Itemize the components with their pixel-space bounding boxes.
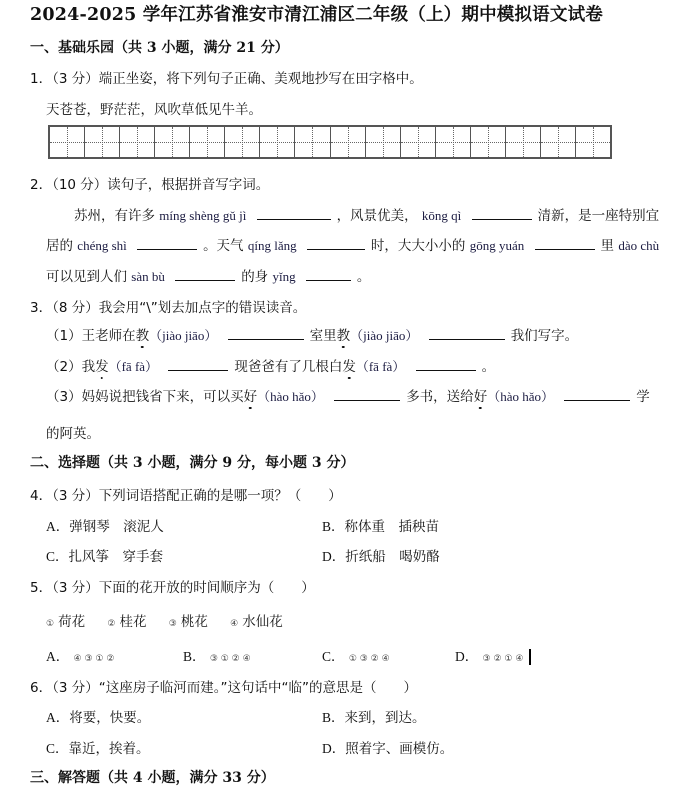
grid-cell[interactable] <box>401 127 436 157</box>
q2-line3: 可以见到人们 sàn bù 的身 yǐng 。 <box>46 265 370 285</box>
option-label: A． <box>46 519 69 534</box>
circled-number: ① <box>46 619 54 629</box>
q6-option-c[interactable]: C．靠近，挨着。 <box>46 737 150 757</box>
flower-name: 桂花 <box>119 614 146 630</box>
section-heading-1: 一、基础乐园（共 3 小题，满分 21 分） <box>30 37 289 57</box>
pinyin: qíng lǎng <box>248 238 297 253</box>
pinyin: dào chù <box>618 238 659 253</box>
q6-stem: 6．（3 分）“这座房子临河而建。”这句话中“临”的意思是（ ） <box>30 676 417 696</box>
option-text: 扎风筝 穿手套 <box>69 549 164 565</box>
q3-stem: 3．（8 分）我会用“\”划去加点字的错误读音。 <box>30 296 306 316</box>
dotted-char: 发 <box>342 359 356 375</box>
q5-option-a[interactable]: A． ④ ③ ① ② <box>46 645 118 665</box>
text: 里 <box>601 238 615 254</box>
q2-stem: 2．（10 分）读句子，根据拼音写字词。 <box>30 173 269 193</box>
dotted-char: 教 <box>337 328 351 344</box>
pinyin-options[interactable]: （hào hǎo） <box>257 389 324 404</box>
grid-cell[interactable] <box>190 127 225 157</box>
option-label: A． <box>46 710 69 725</box>
grid-cell[interactable] <box>225 127 260 157</box>
option-label: B． <box>183 649 206 664</box>
option-sequence: ③ ② ① ④ <box>483 654 524 664</box>
q2-line1: 苏州，有许多 míng shèng gǔ jì ，风景优美， kōng qì 清… <box>74 204 659 224</box>
q6-option-b[interactable]: B．来到，到达。 <box>322 706 426 726</box>
answer-blank[interactable] <box>257 218 331 220</box>
flower-name: 水仙花 <box>242 614 283 630</box>
answer-blank[interactable] <box>137 248 197 250</box>
text: 。天气 <box>203 238 244 254</box>
text: 时，大大小小的 <box>371 238 466 254</box>
pinyin: sàn bù <box>131 269 165 284</box>
text: （2）我 <box>46 359 95 375</box>
q3-item1: （1）王老师在教（jiào jiāo） 室里教（jiào jiāo） 我们写字。 <box>46 324 578 344</box>
q4-option-a[interactable]: A．弹钢琴 滚泥人 <box>46 515 164 535</box>
pinyin-options[interactable]: （fā fà） <box>356 359 405 374</box>
option-label: C． <box>46 741 69 756</box>
option-label: D． <box>455 649 478 664</box>
answer-blank[interactable] <box>564 399 630 401</box>
grid-cell[interactable] <box>50 127 85 157</box>
answer-blank[interactable] <box>535 248 595 250</box>
pinyin-options[interactable]: （jiào jiāo） <box>350 328 418 343</box>
option-text: 照着字、画模仿。 <box>345 741 453 757</box>
answer-blank[interactable] <box>429 338 505 340</box>
circled-number: ② <box>107 619 115 629</box>
text: 可以见到人们 <box>46 269 127 285</box>
pinyin: gōng yuán <box>470 238 525 253</box>
q3-item3: （3）妈妈说把钱省下来，可以买好（hào hǎo） 多书，送给好（hào hǎo… <box>46 385 650 405</box>
flower-name: 桃花 <box>181 614 208 630</box>
option-text: 将要，快要。 <box>69 710 150 726</box>
pinyin-options[interactable]: （hào hǎo） <box>487 389 554 404</box>
pinyin-options[interactable]: （fā fà） <box>109 359 158 374</box>
answer-blank[interactable] <box>334 399 400 401</box>
answer-blank[interactable] <box>228 338 304 340</box>
grid-cell[interactable] <box>155 127 190 157</box>
flower-name: 荷花 <box>58 614 85 630</box>
dotted-char: 发 <box>95 359 109 375</box>
text: 清新，是一座特别宜 <box>538 208 660 224</box>
grid-cell[interactable] <box>471 127 506 157</box>
text: （1）王老师在 <box>46 328 136 344</box>
option-text: 称体重 插秧苗 <box>345 519 440 535</box>
pinyin: míng shèng gǔ jì <box>159 208 246 223</box>
grid-cell[interactable] <box>366 127 401 157</box>
tianzige-grid[interactable] <box>48 125 612 159</box>
page-title: 2024-2025 学年江苏省淮安市清江浦区二年级（上）期中模拟语文试卷 <box>30 1 603 26</box>
pinyin-options[interactable]: （jiào jiāo） <box>149 328 217 343</box>
option-label: D． <box>322 741 345 756</box>
text: 我们写字。 <box>511 328 579 344</box>
text: 室里 <box>310 328 337 344</box>
option-sequence: ① ③ ② ④ <box>349 654 390 664</box>
q4-option-d[interactable]: D．折纸船 喝奶酪 <box>322 545 440 565</box>
q3-item3-cont: 的阿英。 <box>46 422 100 442</box>
grid-cell[interactable] <box>120 127 155 157</box>
option-label: B． <box>322 519 345 534</box>
option-text: 靠近，挨着。 <box>69 741 150 757</box>
option-label: A． <box>46 649 69 664</box>
q4-option-c[interactable]: C．扎风筝 穿手套 <box>46 545 163 565</box>
text: ，风景优美， <box>337 208 418 224</box>
option-sequence: ④ ③ ① ② <box>74 654 115 664</box>
text: 多书，送给 <box>406 389 474 405</box>
section-heading-3: 三、解答题（共 4 小题，满分 33 分） <box>30 767 275 787</box>
section-heading-2: 二、选择题（共 3 小题，满分 9 分，每小题 3 分） <box>30 452 354 472</box>
answer-blank[interactable] <box>472 218 532 220</box>
grid-cell[interactable] <box>331 127 366 157</box>
option-text: 折纸船 喝奶酪 <box>345 549 440 565</box>
q6-option-d[interactable]: D．照着字、画模仿。 <box>322 737 453 757</box>
dotted-char: 好 <box>474 389 488 405</box>
option-text: 弹钢琴 滚泥人 <box>69 519 164 535</box>
answer-blank[interactable] <box>306 279 351 281</box>
option-sequence: ③ ① ② ④ <box>210 654 251 664</box>
dotted-char: 教 <box>136 328 150 344</box>
q5-option-d[interactable]: D． ③ ② ① ④ <box>455 645 531 665</box>
q4-option-b[interactable]: B．称体重 插秧苗 <box>322 515 439 535</box>
grid-cell[interactable] <box>436 127 471 157</box>
grid-cell[interactable] <box>260 127 295 157</box>
grid-cell[interactable] <box>576 127 610 157</box>
grid-cell[interactable] <box>85 127 120 157</box>
text-cursor <box>529 649 531 665</box>
dotted-char: 好 <box>244 389 258 405</box>
pinyin: chéng shì <box>77 238 126 253</box>
q6-option-a[interactable]: A．将要，快要。 <box>46 706 150 726</box>
grid-cell[interactable] <box>541 127 576 157</box>
circled-number: ④ <box>230 619 238 629</box>
q4-stem: 4．（3 分）下列词语搭配正确的是哪一项？（ ） <box>30 484 342 504</box>
option-label: C． <box>322 649 345 664</box>
q2-line2: 居的 chéng shì 。天气 qíng lǎng 时，大大小小的 gōng … <box>46 234 659 254</box>
text: 。 <box>482 359 496 375</box>
text: 现爸爸有了几根白 <box>234 359 342 375</box>
text: （3）妈妈说把钱省下来，可以买 <box>46 389 244 405</box>
text: 居的 <box>46 238 73 254</box>
grid-cell[interactable] <box>506 127 541 157</box>
q5-option-c[interactable]: C． ① ③ ② ④ <box>322 645 394 665</box>
q5-flower-list: ①荷花 ②桂花 ③桃花 ④水仙花 <box>46 610 283 630</box>
q5-option-b[interactable]: B． ③ ① ② ④ <box>183 645 255 665</box>
q3-item2: （2）我发（fā fà） 现爸爸有了几根白发（fā fà） 。 <box>46 355 495 375</box>
pinyin: kōng qì <box>422 208 461 223</box>
option-label: D． <box>322 549 345 564</box>
circled-number: ③ <box>169 619 177 629</box>
text: 。 <box>357 269 371 285</box>
option-text: 来到，到达。 <box>345 710 426 726</box>
text: 学 <box>636 389 650 405</box>
option-label: C． <box>46 549 69 564</box>
answer-blank[interactable] <box>307 248 365 250</box>
q5-stem: 5．（3 分）下面的花开放的时间顺序为（ ） <box>30 576 315 596</box>
q1-sentence: 天苍苍，野茫茫，风吹草低见牛羊。 <box>46 98 262 118</box>
text: 的身 <box>241 269 268 285</box>
q1-stem: 1．（3 分）端正坐姿，将下列句子正确、美观地抄写在田字格中。 <box>30 67 423 87</box>
answer-blank[interactable] <box>175 279 235 281</box>
grid-cell[interactable] <box>295 127 330 157</box>
option-label: B． <box>322 710 345 725</box>
pinyin: yǐng <box>272 269 295 284</box>
answer-blank[interactable] <box>168 369 228 371</box>
answer-blank[interactable] <box>416 369 476 371</box>
text: 苏州，有许多 <box>74 208 155 224</box>
